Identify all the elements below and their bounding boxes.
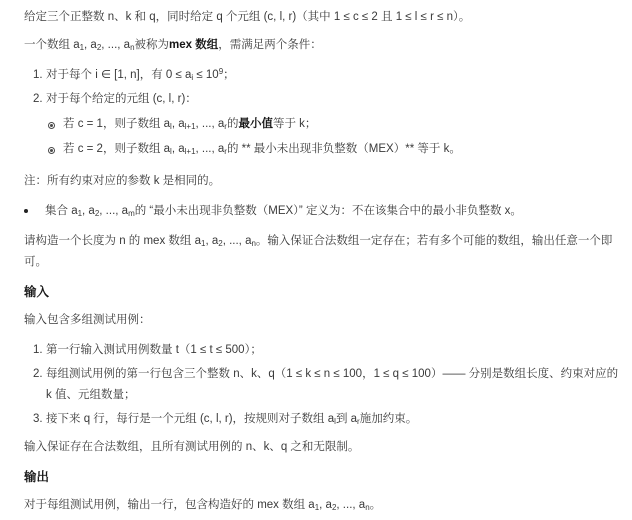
sub-list-item-c1: 若 c = 1，则子数组 al, al+1, ..., ar的最小值等于 k； [48, 114, 620, 135]
list-number: 3. [33, 409, 46, 430]
list-number: 1. [33, 340, 46, 361]
list-item-input-1: 1. 第一行输入测试用例数量 t（1 ≤ t ≤ 500）； [33, 340, 620, 361]
list-item-condition-2: 2. 对于每个给定的元组 (c, l, r)： 若 c = 1，则子数组 al,… [33, 89, 620, 164]
paragraph-intro: 给定三个正整数 n、k 和 q，同时给定 q 个元组 (c, l, r)（其中 … [24, 7, 620, 28]
sub-list-item-c2: 若 c = 2，则子数组 al, al+1, ..., ar的 ** 最小未出现… [48, 139, 620, 160]
output-section-heading: 输出 [24, 467, 620, 488]
paragraph-guarantee: 输入保证存在合法数组，且所有测试用例的 n、k、q 之和无限制。 [24, 437, 620, 458]
paragraph-note: 注：所有约束对应的参数 k 是相同的。 [24, 171, 620, 192]
list-item-input-2: 2. 每组测试用例的第一行包含三个整数 n、k、q（1 ≤ k ≤ n ≤ 10… [33, 364, 620, 406]
paragraph-input-intro: 输入包含多组测试用例： [24, 310, 620, 331]
mex-definition-bullet: 集合 a1, a2, ..., am的 “最小未出现非负整数（MEX）” 定义为… [24, 201, 620, 222]
disc-bullet-icon [24, 209, 28, 213]
list-item-text: 接下来 q 行，每行是一个元组 (c, l, r)，按规则对子数组 al到 ar… [46, 409, 620, 430]
list-number: 2. [33, 364, 46, 406]
circle-bullet-icon [48, 122, 55, 129]
list-number: 2. [33, 89, 46, 164]
list-item-text: 对于每个给定的元组 (c, l, r)： [46, 93, 197, 105]
sub-list-item-text: 若 c = 1，则子数组 al, al+1, ..., ar的最小值等于 k； [63, 114, 620, 135]
list-item-text: 对于每个 i ∈ [1, n]，有 0 ≤ ai ≤ 109； [46, 65, 620, 86]
list-item-condition-1: 1. 对于每个 i ∈ [1, n]，有 0 ≤ ai ≤ 109； [33, 65, 620, 86]
circle-bullet-icon [48, 147, 55, 154]
list-number: 1. [33, 65, 46, 86]
paragraph-construct-task: 请构造一个长度为 n 的 mex 数组 a1, a2, ..., an。输入保证… [24, 231, 620, 273]
problem-statement: 给定三个正整数 n、k 和 q，同时给定 q 个元组 (c, l, r)（其中 … [0, 7, 632, 516]
conditions-list: 1. 对于每个 i ∈ [1, n]，有 0 ≤ ai ≤ 109； 2. 对于… [33, 65, 620, 164]
list-item-text: 第一行输入测试用例数量 t（1 ≤ t ≤ 500）； [46, 340, 620, 361]
sub-list-item-text: 若 c = 2，则子数组 al, al+1, ..., ar的 ** 最小未出现… [63, 139, 620, 160]
input-section-heading: 输入 [24, 282, 620, 303]
list-item-text: 每组测试用例的第一行包含三个整数 n、k、q（1 ≤ k ≤ n ≤ 100，1… [46, 364, 620, 406]
bullet-item-text: 集合 a1, a2, ..., am的 “最小未出现非负整数（MEX）” 定义为… [45, 201, 620, 222]
input-format-list: 1. 第一行输入测试用例数量 t（1 ≤ t ≤ 500）； 2. 每组测试用例… [33, 340, 620, 430]
paragraph-mex-array-definition: 一个数组 a1, a2, ..., an被称为mex 数组，需满足两个条件： [24, 35, 620, 56]
tuple-rules-sublist: 若 c = 1，则子数组 al, al+1, ..., ar的最小值等于 k； … [48, 114, 620, 160]
list-item-input-3: 3. 接下来 q 行，每行是一个元组 (c, l, r)，按规则对子数组 al到… [33, 409, 620, 430]
paragraph-output: 对于每组测试用例，输出一行，包含构造好的 mex 数组 a1, a2, ...,… [24, 495, 620, 516]
